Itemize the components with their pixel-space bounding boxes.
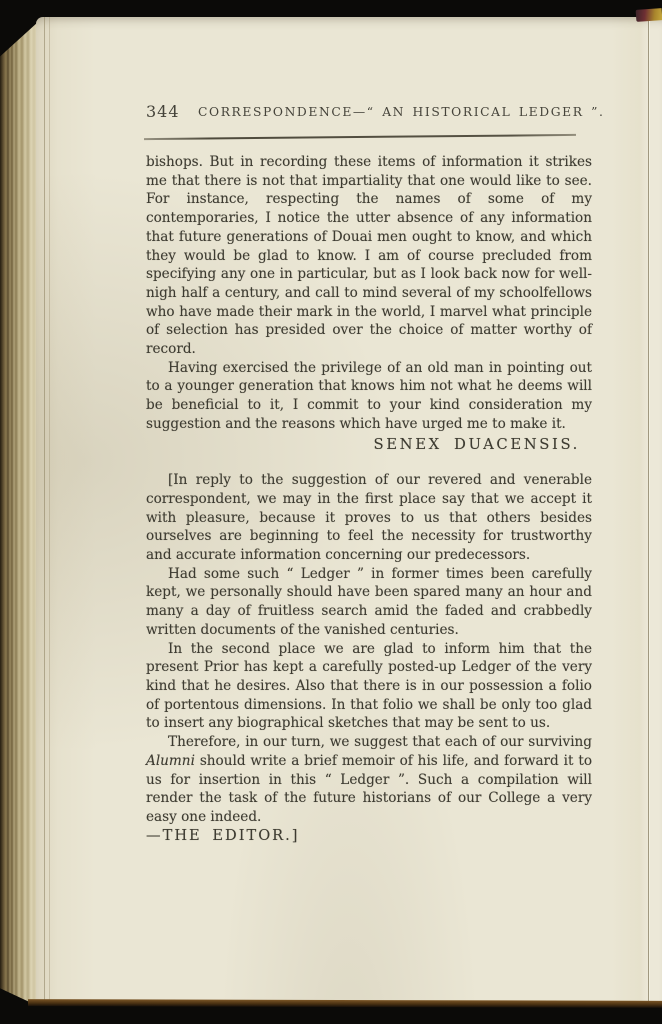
closing-rest: should write a brief memoir of his life,… [146,753,592,825]
page-edge-right [648,17,649,1004]
book-page: 344 CORRESPONDENCE—“ AN HISTORICAL LEDGE… [36,17,662,1004]
page-crease-left [44,17,50,1004]
editor-signature: —THE EDITOR.] [146,827,592,846]
page-body-text: bishops. But in recording these items of… [146,153,592,845]
editor-reply-closing-paragraph: Therefore, in our turn, we suggest that … [146,733,592,827]
binding-corner-accent [636,8,662,22]
editor-reply-paragraph: In the second place we are glad to infor… [146,640,592,734]
closing-lead: Therefore, in our turn, we suggest that … [168,734,592,750]
page-stack-edges [0,22,38,1006]
book-scan: 344 CORRESPONDENCE—“ AN HISTORICAL LEDGE… [0,0,662,1024]
letter-signature: SENEX DUACENSIS. [146,436,592,455]
running-header: 344 CORRESPONDENCE—“ AN HISTORICAL LEDGE… [146,100,592,122]
editor-reply-paragraph: [In reply to the suggestion of our rever… [146,471,592,565]
editor-reply-paragraph: Had some such “ Ledger ” in former times… [146,565,592,640]
editor-reply-block: [In reply to the suggestion of our rever… [146,471,592,845]
closing-italic-word: Alumni [146,753,195,769]
letter-paragraph: Having exercised the privilege of an old… [146,359,592,434]
header-rule [144,134,576,140]
running-header-title: CORRESPONDENCE—“ AN HISTORICAL LEDGER ”. [198,105,592,119]
letter-paragraph: bishops. But in recording these items of… [146,153,592,359]
page-number: 344 [146,102,180,121]
book-bottom-edge [28,999,662,1008]
